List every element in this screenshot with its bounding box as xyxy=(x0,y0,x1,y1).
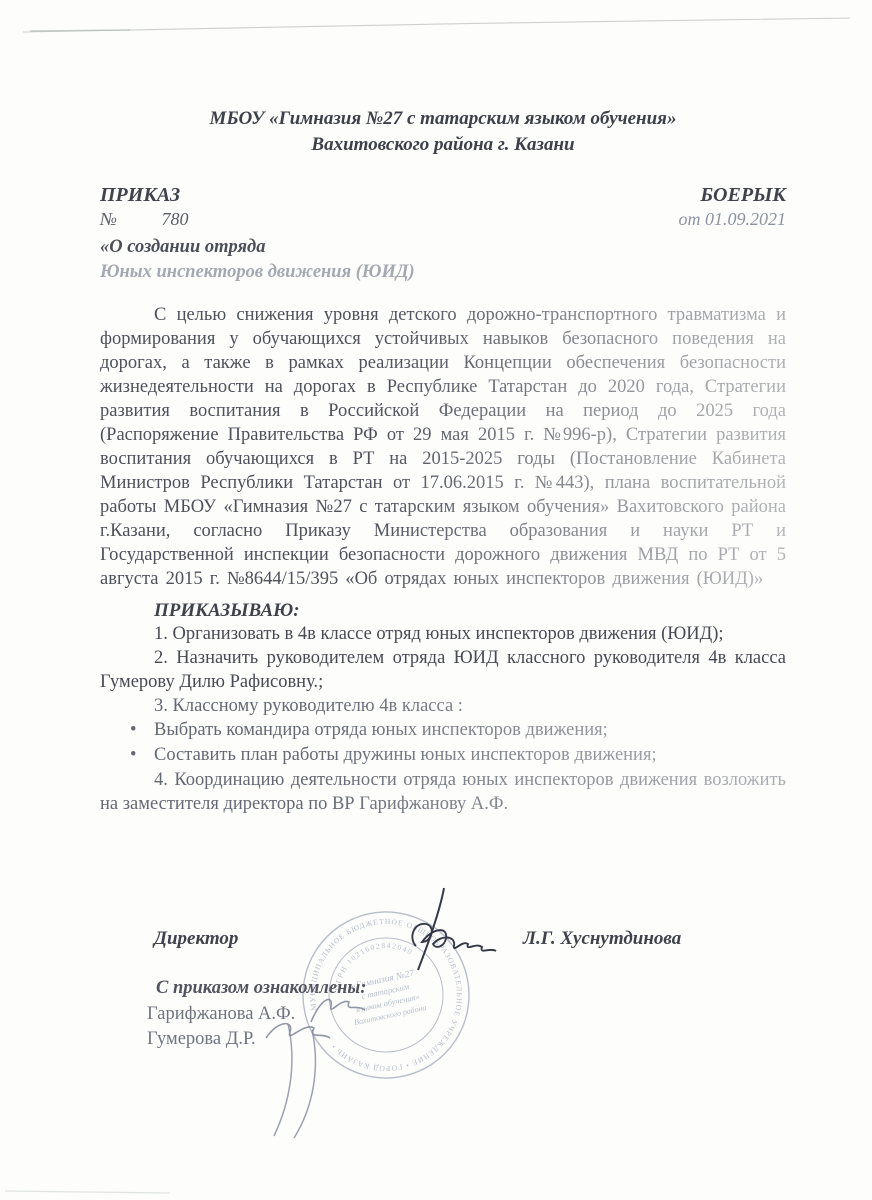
order-title-tatar: БОЕРЫК xyxy=(700,184,786,207)
resolution-heading: ПРИКАЗЫВАЮ: xyxy=(154,600,786,622)
resolution-item-3: 3. Классному руководителю 4в класса : xyxy=(100,694,786,718)
resolution-bullet-2: Составить план работы дружины юных инспе… xyxy=(100,743,786,768)
resolution-item-2: 2. Назначить руководителем отряда ЮИД кл… xyxy=(100,646,786,694)
order-title-russian: ПРИКАЗ xyxy=(100,184,180,207)
org-name-line1: МБОУ «Гимназия №27 с татарским языком об… xyxy=(100,106,786,132)
order-date: от 01.09.2021 xyxy=(679,209,787,230)
signature-block: МУНИЦИПАЛЬНОЕ БЮДЖЕТНОЕ ОБЩЕОБРАЗОВАТЕЛЬ… xyxy=(100,866,786,1186)
order-number-row: № 780 от 01.09.2021 xyxy=(100,209,786,230)
director-name: Л.Г. Хуснутдинова xyxy=(523,928,681,950)
scanned-document-page: МБОУ «Гимназия №27 с татарским языком об… xyxy=(0,0,872,1200)
order-number-cell: № 780 xyxy=(100,209,188,230)
resolution-bullet-list: Выбрать командира отряда юных инспекторо… xyxy=(100,718,786,768)
order-number-value: 780 xyxy=(161,209,188,229)
director-signature xyxy=(400,884,510,979)
resolution-item-4: 4. Координацию деятельности отряда юных … xyxy=(100,768,786,816)
org-name-line2: Вахитовского района г. Казани xyxy=(100,132,786,158)
order-subject-line1: «О создании отряда xyxy=(100,235,786,260)
acknowledgment-label: С приказом ознакомлены: xyxy=(156,978,366,999)
acknowledgment-signature-2 xyxy=(258,1014,378,1144)
acknowledgment-name-2: Гумерова Д.Р. xyxy=(147,1029,256,1050)
order-preamble: С целью снижения уровня детского дорожно… xyxy=(100,303,786,591)
order-number-label: № xyxy=(100,209,117,229)
document-content: МБОУ «Гимназия №27 с татарским языком об… xyxy=(0,0,872,1186)
resolution-item-1: 1. Организовать в 4в классе отряд юных и… xyxy=(100,622,786,646)
order-title-row: ПРИКАЗ БОЕРЫК xyxy=(100,184,786,207)
director-label: Директор xyxy=(154,928,238,950)
resolution-bullet-1: Выбрать командира отряда юных инспекторо… xyxy=(100,718,786,743)
order-subject: «О создании отряда Юных инспекторов движ… xyxy=(100,235,786,285)
org-header: МБОУ «Гимназия №27 с татарским языком об… xyxy=(100,106,786,158)
order-subject-line2: Юных инспекторов движения (ЮИД) xyxy=(100,260,786,285)
acknowledgment-name-1: Гарифжанова А.Ф. xyxy=(147,1004,295,1025)
